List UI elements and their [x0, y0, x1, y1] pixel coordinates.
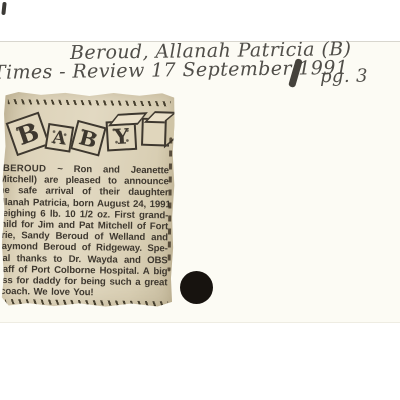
scanner-speck — [1, 2, 6, 15]
baby-block-letter: B — [6, 112, 51, 157]
handwriting-page-number: pg. 3 — [320, 66, 368, 88]
scanned-archive-page: Beroud, Allanah Patricia (B) Times - Rev… — [0, 0, 400, 400]
baby-block-letter: B — [70, 120, 107, 157]
column-wavy-rule — [167, 138, 172, 272]
handwriting-source-line: Times - Review 17 September 1991 pg. 3 — [0, 56, 393, 96]
hole-punch-dot — [180, 271, 213, 304]
baby-blocks-illustration: B A B Y — [10, 107, 170, 161]
baby-block-letter: Y — [106, 120, 138, 152]
announcement-text: BEROUD ~ Ron and Jeanette (Mitchell) are… — [0, 163, 169, 300]
announcement-surname: BEROUD — [3, 163, 47, 175]
toy-cube-blank — [141, 118, 170, 147]
zigzag-top-rule — [8, 99, 171, 106]
announcement-line: coach. We love You! — [0, 286, 167, 300]
news-clipping: B A B Y BEROUD ~ Ron and Jeanette (Mitch… — [0, 90, 176, 308]
